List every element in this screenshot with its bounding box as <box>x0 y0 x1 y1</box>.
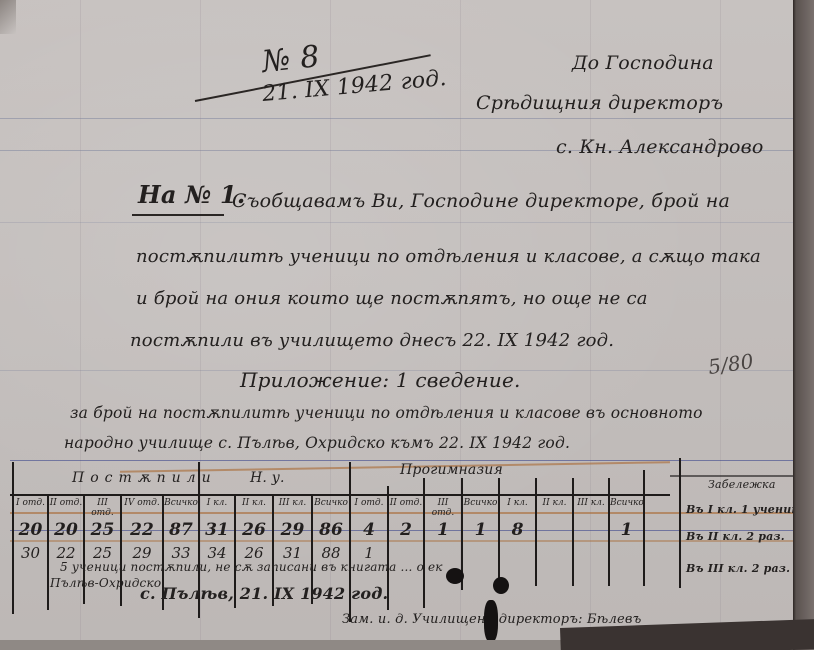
row1-cell: 26 <box>236 520 272 540</box>
subheader: III кл. <box>274 498 311 508</box>
note-line-1: Въ I кл. 1 ученикъ <box>686 503 807 516</box>
addressee-line-2: Срѣдищния директоръ <box>476 92 723 114</box>
table-title-line-2: народно училище с. Пълѣв, Охридско къмъ … <box>64 434 570 452</box>
body-line-4: постѫпили въ училището днесъ 22. IX 1942… <box>130 330 614 351</box>
row1-cell: 8 <box>500 520 535 540</box>
addressee-line-1: До Господина <box>572 52 714 74</box>
subheader: III отд. <box>85 498 120 518</box>
document-number: № 8 <box>260 39 321 80</box>
subheader: II кл. <box>537 498 572 508</box>
row1-cell: 20 <box>14 520 47 540</box>
paper-edge-shadow <box>793 0 814 650</box>
table-col-line <box>572 478 574 586</box>
table-col-line <box>535 478 537 586</box>
subheader: Всичко <box>463 498 498 508</box>
ink-drip <box>484 600 498 642</box>
ruled-line <box>0 118 800 119</box>
body-line-3: и брой на ония които ще постѫпятъ, но ощ… <box>136 288 648 309</box>
reference-number: На № 1. <box>138 180 245 209</box>
table-header-divider <box>10 494 670 496</box>
row1-cell: 31 <box>200 520 234 540</box>
row1-cell: 22 <box>122 520 162 540</box>
group-header-primary: Н. у. <box>250 470 285 486</box>
subheader: IV отд. <box>122 498 162 508</box>
pencil-line <box>10 540 800 542</box>
subheader: II кл. <box>236 498 272 508</box>
subheader: III кл. <box>574 498 608 508</box>
subheader: I отд. <box>351 498 387 508</box>
paper-corner-shadow <box>0 0 16 34</box>
subheader: Всичко <box>610 498 643 508</box>
subheader: II отд. <box>389 498 423 508</box>
place-date-signoff: с. Пълѣв, 21. IX 1942 год. <box>140 584 388 603</box>
row1-cell: 4 <box>351 520 387 540</box>
table-footnote: 5 ученици постѫпили, не сѫ записани въ к… <box>60 560 443 574</box>
subheader: I кл. <box>200 498 234 508</box>
margin-note: 5/80 <box>707 349 756 379</box>
row1-cell: 2 <box>389 520 423 540</box>
row1-cell: 87 <box>164 520 198 540</box>
subheader: Всичко <box>313 498 349 508</box>
attachment-line: Приложение: 1 сведение. <box>240 368 521 392</box>
addressee-line-3: с. Кн. Александрово <box>556 136 764 158</box>
ink-blot <box>446 568 464 584</box>
note-line-2: Въ II кл. 2 раз. <box>686 530 785 543</box>
row1-cell: 86 <box>313 520 349 540</box>
body-line-2: постѫпилитѣ ученици по отдѣления и класо… <box>136 246 761 267</box>
group-header-enrolled: Постѫпили <box>72 470 217 486</box>
group-header-progymnasium: Прогимназия <box>400 462 503 478</box>
subheader: II отд. <box>49 498 83 508</box>
subheader: I кл. <box>500 498 535 508</box>
row2-cell: 30 <box>14 544 47 562</box>
paper-sheet: № 8 21. IX 1942 год. До Господина Срѣдищ… <box>0 0 800 640</box>
notes-header: Забележка <box>708 478 776 491</box>
subheader: Всичко <box>164 498 198 508</box>
body-line-1: Съобщавамъ Ви, Господине директоре, брой… <box>232 190 730 212</box>
row1-cell: 20 <box>49 520 83 540</box>
row1-cell: 1 <box>610 520 643 540</box>
table-col-line <box>643 470 645 586</box>
note-line-3: Въ III кл. 2 раз. <box>686 562 790 575</box>
row1-cell: 25 <box>85 520 120 540</box>
subheader: III отд. <box>425 498 461 518</box>
ink-blot <box>493 577 509 594</box>
ruled-line <box>0 222 800 223</box>
table-top-line <box>10 460 800 461</box>
subheader: I отд. <box>14 498 47 508</box>
notes-col-line <box>679 458 681 588</box>
pencil-line <box>10 512 800 514</box>
notes-header-line <box>670 475 800 477</box>
row1-cell: 29 <box>274 520 311 540</box>
table-title-line-1: за брой на постѫпилитѣ ученици по отдѣле… <box>70 404 703 422</box>
reference-underline <box>132 214 224 216</box>
row1-cell: 1 <box>425 520 461 540</box>
row1-cell: 1 <box>463 520 498 540</box>
